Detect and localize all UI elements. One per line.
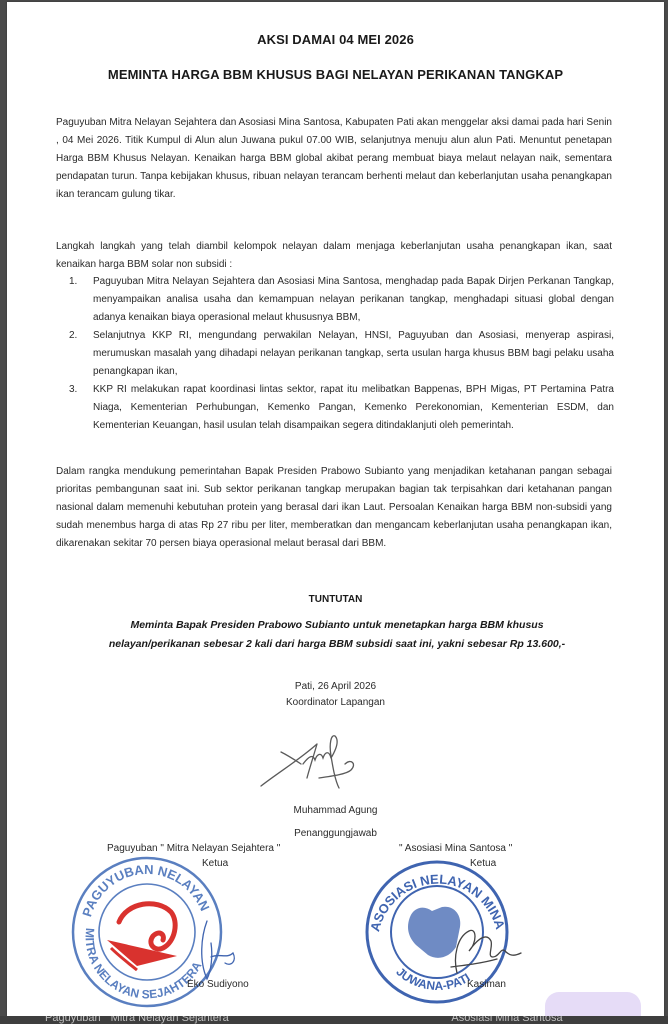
context-paragraph: Dalam rangka mendukung pemerintahan Bapa… xyxy=(56,463,612,553)
place-date: Pati, 26 April 2026 xyxy=(7,681,664,692)
demand-text: Meminta Bapak Presiden Prabowo Subianto … xyxy=(47,616,627,654)
demand-line-1: Meminta Bapak Presiden Prabowo Subianto … xyxy=(47,616,627,635)
step-number: 3. xyxy=(69,381,77,399)
list-item: 3. KKP RI melakukan rapat koordinasi lin… xyxy=(69,381,614,435)
step-text: Paguyuban Mitra Nelayan Sejahtera dan As… xyxy=(93,276,614,323)
chair-left-name: Eko Sudiyono xyxy=(187,979,249,990)
step-text: Selanjutnya KKP RI, mengundang perwakila… xyxy=(93,330,614,377)
steps-intro: Langkah langkah yang telah diambil kelom… xyxy=(56,238,612,274)
org-right-name: " Asosiasi Mina Santosa " xyxy=(399,843,512,854)
step-text: KKP RI melakukan rapat koordinasi lintas… xyxy=(93,384,614,431)
coordinator-signature-icon xyxy=(259,730,369,792)
svg-text:PAGUYUBAN NELAYAN: PAGUYUBAN NELAYAN xyxy=(79,862,212,919)
ghost-right-text: " Asosiasi Mina Santosa " xyxy=(445,1016,570,1024)
chair-right-name: Kasiman xyxy=(467,979,506,990)
demand-heading: TUNTUTAN xyxy=(7,594,664,605)
ghost-left-text: Paguyuban " Mitra Nelayan Sejahtera " xyxy=(45,1016,236,1024)
list-item: 2. Selanjutnya KKP RI, mengundang perwak… xyxy=(69,327,614,381)
chair-left-label: Ketua xyxy=(202,858,228,869)
document-subtitle: MEMINTA HARGA BBM KHUSUS BAGI NELAYAN PE… xyxy=(7,67,664,82)
step-number: 2. xyxy=(69,327,77,345)
step-number: 1. xyxy=(69,273,77,291)
steps-list: 1. Paguyuban Mitra Nelayan Sejahtera dan… xyxy=(69,273,614,435)
next-page-preview: Paguyuban " Mitra Nelayan Sejahtera " " … xyxy=(0,1016,668,1024)
coordinator-role: Koordinator Lapangan xyxy=(7,697,664,708)
chair-left-signature-icon xyxy=(197,917,247,987)
stamp-left-top-text: PAGUYUBAN NELAYAN xyxy=(79,862,212,919)
document-title: AKSI DAMAI 04 MEI 2026 xyxy=(7,32,664,47)
document-page: AKSI DAMAI 04 MEI 2026 MEMINTA HARGA BBM… xyxy=(7,2,664,1016)
responsible-label: Penanggungjawab xyxy=(7,828,664,839)
demand-line-2: nelayan/perikanan sebesar 2 kali dari ha… xyxy=(47,635,627,654)
list-item: 1. Paguyuban Mitra Nelayan Sejahtera dan… xyxy=(69,273,614,327)
chair-right-signature-icon xyxy=(447,917,527,977)
intro-paragraph: Paguyuban Mitra Nelayan Sejahtera dan As… xyxy=(56,114,612,204)
chair-right-label: Ketua xyxy=(470,858,496,869)
coordinator-name: Muhammad Agung xyxy=(7,805,664,816)
